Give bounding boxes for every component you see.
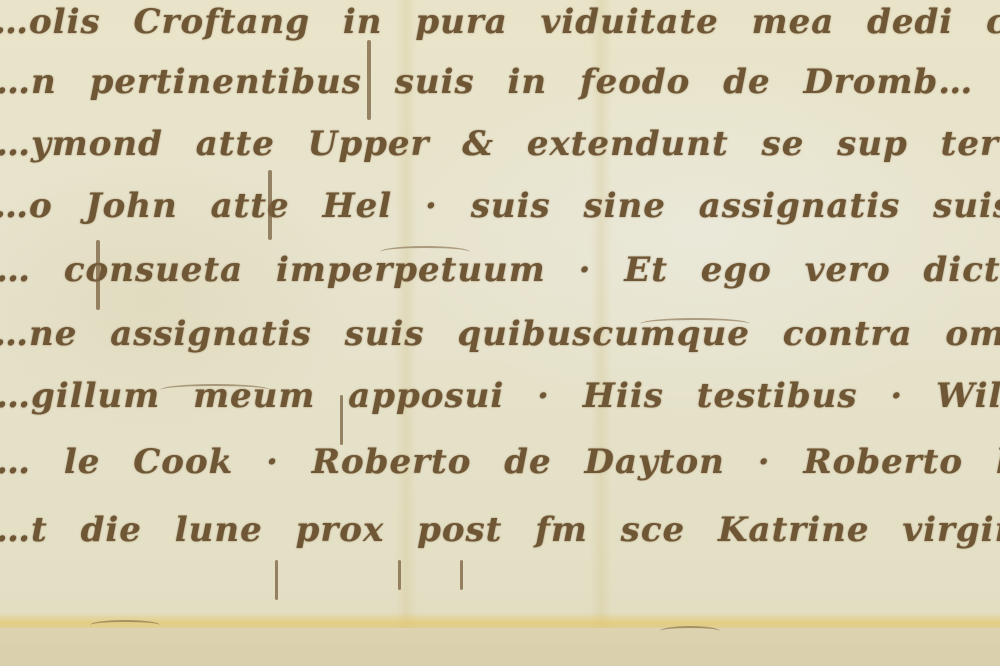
ink-descender (398, 560, 401, 590)
text-line-5: … consueta imperpetuum · Et ego vero dic… (0, 250, 1000, 290)
word: · (890, 376, 903, 416)
word: …ymond (0, 124, 163, 164)
word: …n (0, 62, 57, 102)
word: · (537, 376, 550, 416)
word: & (462, 124, 494, 164)
ink-descender (268, 170, 272, 240)
word: Et (624, 250, 668, 290)
word: de (723, 62, 770, 102)
word: dedi (867, 2, 953, 42)
word: consueta (64, 250, 243, 290)
text-line-2: …n pertinentibus suis in feodo de Dromb…… (0, 62, 1000, 102)
word: prox (296, 510, 385, 550)
word: se (762, 124, 805, 164)
word: in (507, 62, 547, 102)
ink-descender (275, 560, 278, 600)
word: lune (175, 510, 263, 550)
word: mea (752, 2, 835, 42)
word: · (425, 186, 438, 226)
text-line-6: …ne assignatis suis quibuscumque contra … (0, 314, 1000, 354)
word: Cook (133, 442, 233, 482)
text-line-8: … le Cook · Roberto de Dayton · Roberto … (0, 442, 1000, 482)
word: assignatis (699, 186, 901, 226)
word: sup (837, 124, 908, 164)
word: assignatis (110, 314, 312, 354)
text-line-7: …gillum meum apposui · Hiis testibus · W… (0, 376, 1000, 416)
abbreviation-stroke (160, 384, 270, 396)
word: terra (941, 124, 1000, 164)
word: atte (196, 124, 275, 164)
word: le (996, 442, 1000, 482)
text-line-1: …olis Croftang in pura viduitate mea ded… (0, 2, 1000, 42)
abbreviation-stroke (380, 246, 470, 258)
ink-descender (460, 560, 463, 590)
word: ego (701, 250, 772, 290)
word: pura (415, 2, 507, 42)
word: le (64, 442, 101, 482)
word: feodo (580, 62, 690, 102)
word: …t (0, 510, 48, 550)
text-line-4: …o John atte Hel · suis sine assignatis … (0, 186, 1000, 226)
word: Hel (323, 186, 393, 226)
word: suis (395, 62, 475, 102)
word: …olis (0, 2, 101, 42)
word: Roberto (803, 442, 963, 482)
folded-bottom-edge (0, 628, 1000, 666)
word: extendunt (527, 124, 729, 164)
word: meum (193, 376, 315, 416)
word: …ne (0, 314, 77, 354)
word: suis (471, 186, 551, 226)
ink-descender (367, 40, 371, 120)
word: · (266, 442, 279, 482)
word: viduitate (541, 2, 719, 42)
word: pertinentibus (90, 62, 362, 102)
word: apposui (348, 376, 504, 416)
abbreviation-stroke (640, 318, 750, 330)
word: fm (535, 510, 588, 550)
word: …gillum (0, 376, 160, 416)
word: … (0, 442, 31, 482)
word: Dromb… (803, 62, 973, 102)
ink-mark (90, 620, 160, 630)
word: … (0, 250, 31, 290)
word: contra (783, 314, 913, 354)
word: Hiis (583, 376, 664, 416)
ink-descender (96, 240, 100, 310)
word: Dayton (585, 442, 725, 482)
word: conces… (986, 2, 1000, 42)
word: vero (805, 250, 891, 290)
word: Katrine (718, 510, 869, 550)
text-line-9: …t die lune prox post fm sce Katrine vir… (0, 510, 1000, 550)
word: · (758, 442, 771, 482)
word: in (343, 2, 383, 42)
ink-descender (340, 395, 343, 445)
word: …o (0, 186, 53, 226)
word: dicta (924, 250, 1000, 290)
word: suis (933, 186, 1000, 226)
word: omnes (945, 314, 1000, 354)
word: John (86, 186, 178, 226)
word: testibus (697, 376, 858, 416)
word: Willo (936, 376, 1000, 416)
word: die (81, 510, 142, 550)
word: Croftang (134, 2, 311, 42)
word: suis (345, 314, 425, 354)
word: Roberto (312, 442, 472, 482)
word: · (579, 250, 592, 290)
text-line-3: …ymond atte Upper & extendunt se sup ter… (0, 124, 1000, 164)
ink-mark (660, 626, 720, 636)
word: sine (583, 186, 665, 226)
word: de (504, 442, 551, 482)
word: virginis (902, 510, 1000, 550)
word: sce (621, 510, 685, 550)
word: post (417, 510, 502, 550)
word: atte (211, 186, 290, 226)
word: Upper (308, 124, 430, 164)
